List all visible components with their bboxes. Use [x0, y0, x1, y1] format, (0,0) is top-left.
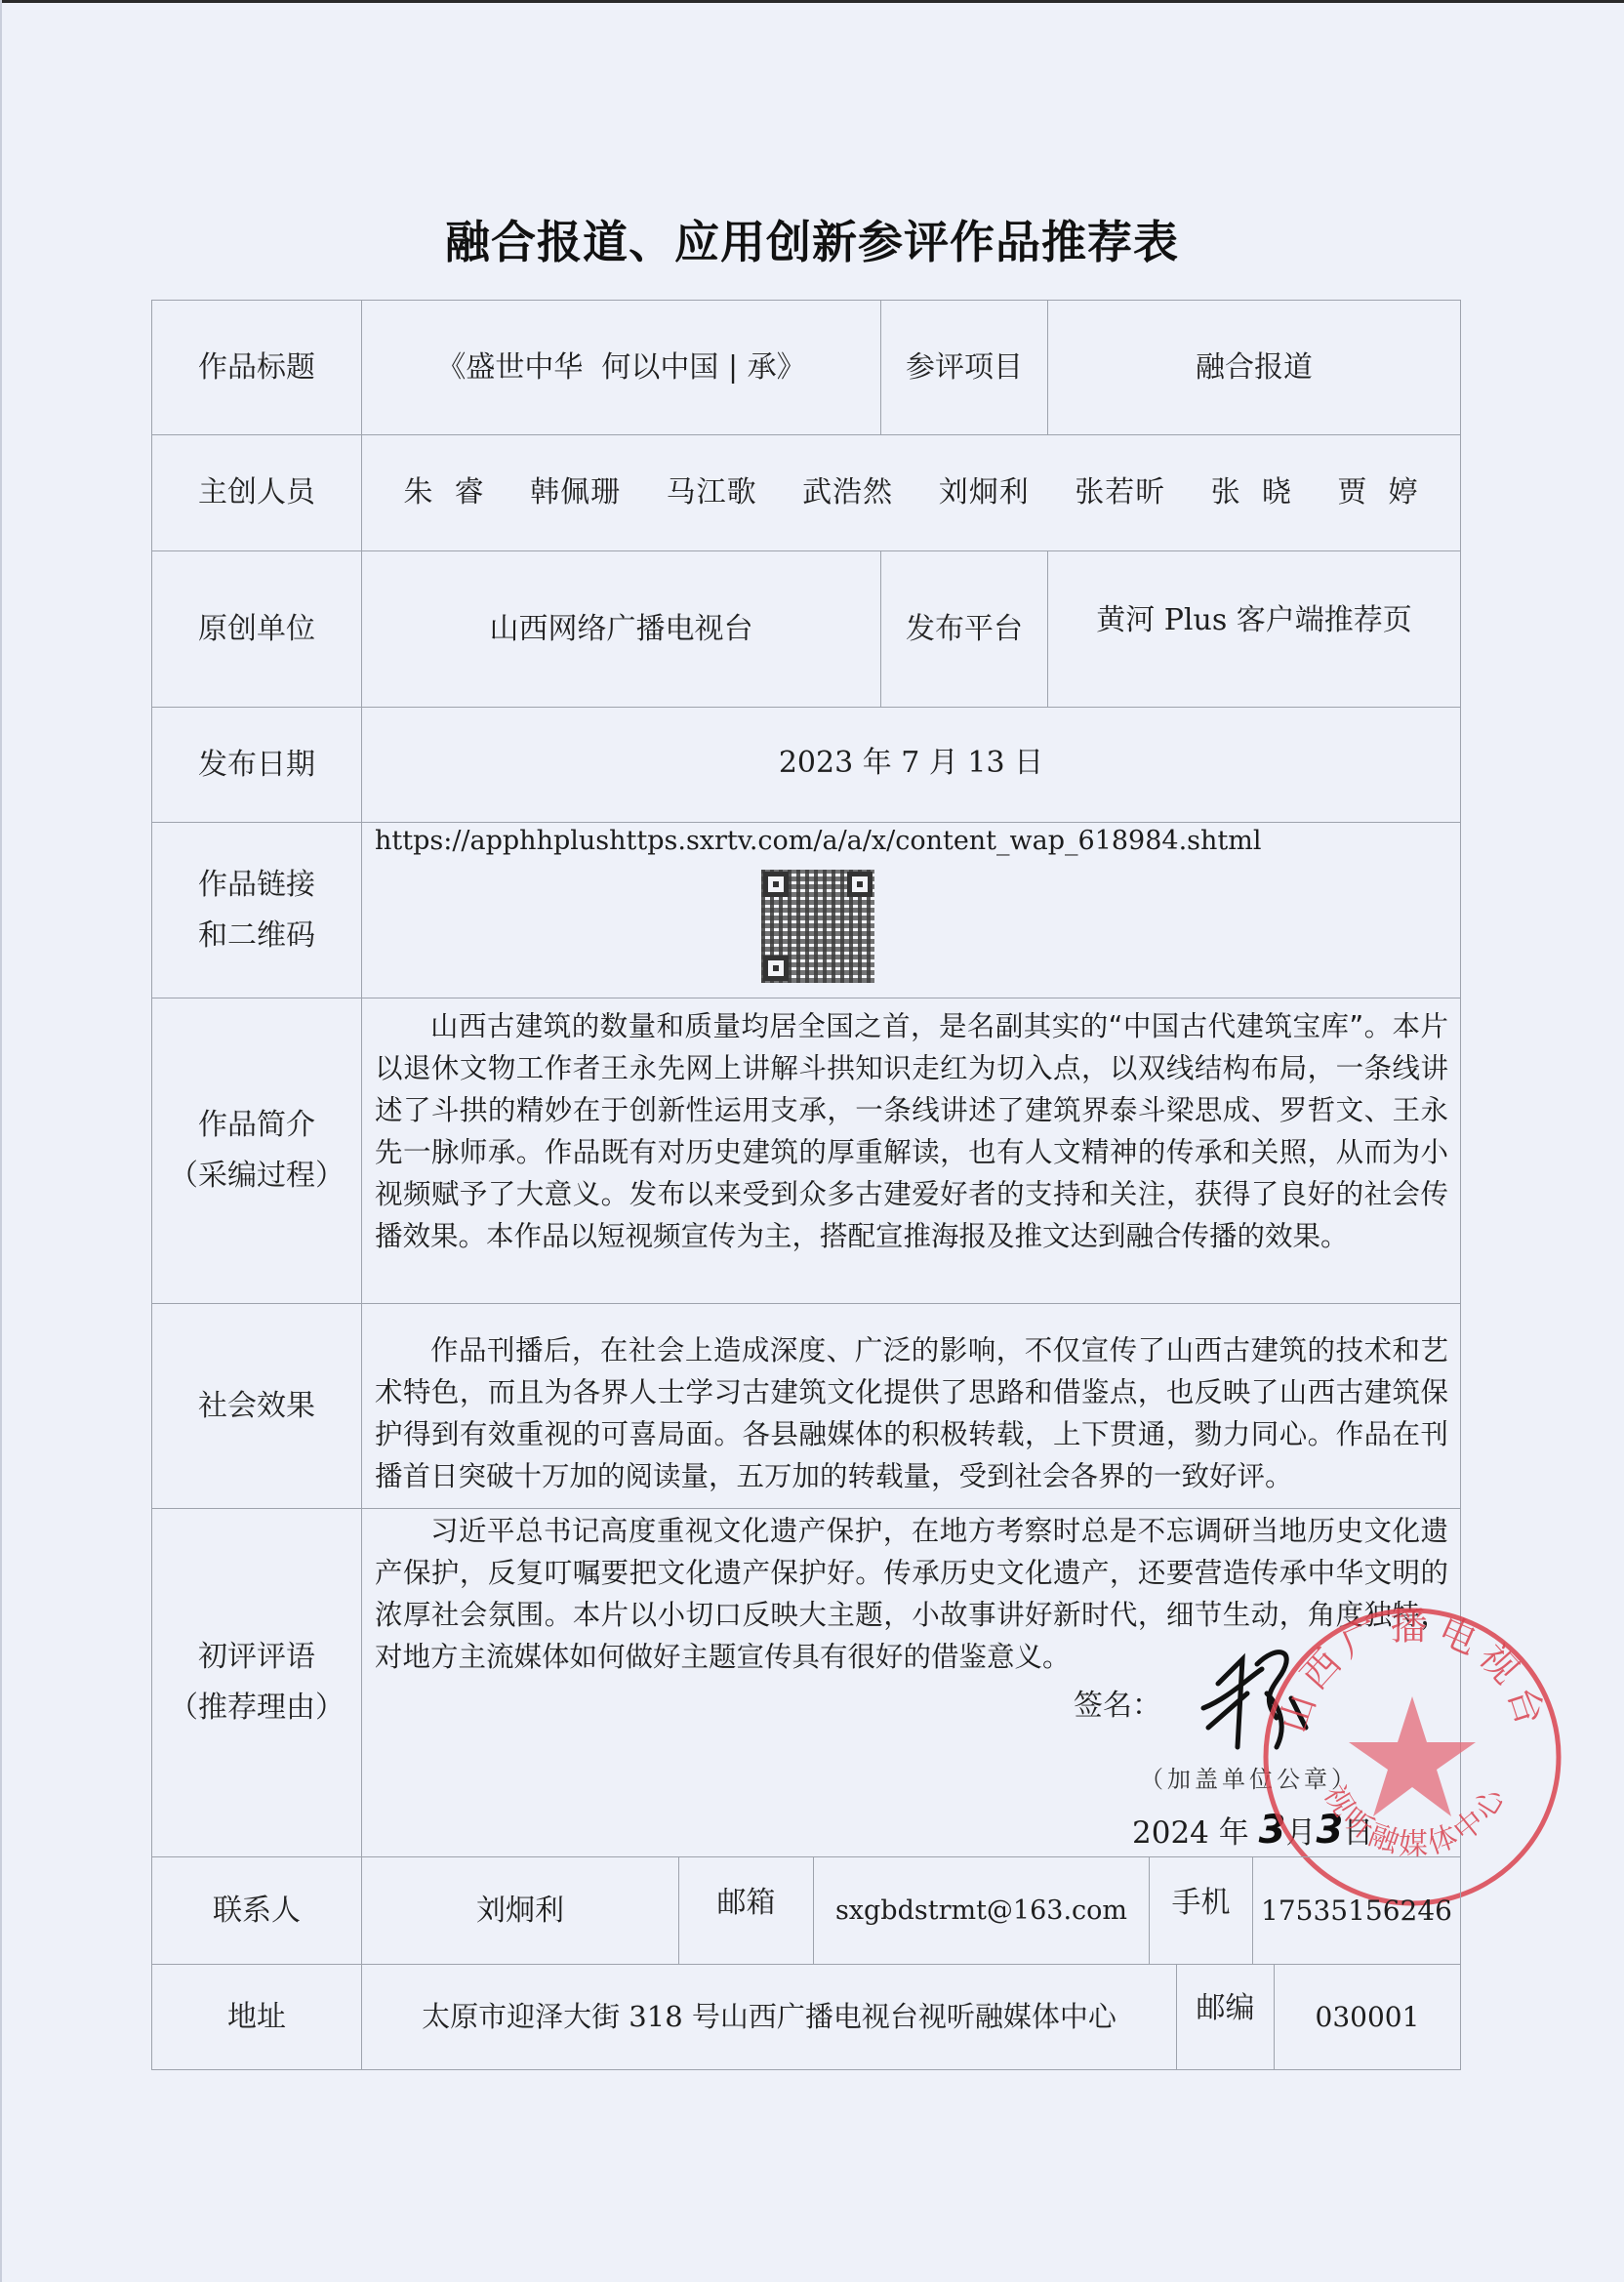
phone-label: 手机: [1149, 1856, 1253, 1965]
category-label: 参评项目: [880, 300, 1048, 435]
social-effect-label: 社会效果: [151, 1303, 362, 1509]
platform-label: 发布平台: [880, 550, 1048, 708]
creators-label: 主创人员: [151, 434, 362, 551]
creator-name: 张 晓: [1211, 472, 1292, 513]
handwritten-day: 3: [1316, 1808, 1343, 1853]
creator-name: 朱 睿: [404, 472, 485, 513]
scan-edge-left: [0, 0, 2, 2282]
platform-value: 黄河 Plus 客户端推荐页: [1047, 550, 1461, 708]
qr-finder-pattern: [763, 872, 789, 897]
signature-label: 签名：: [1074, 1681, 1161, 1724]
postcode-value: 030001: [1274, 1964, 1461, 2070]
qr-finder-pattern: [763, 956, 789, 981]
original-unit-label: 原创单位: [151, 550, 362, 708]
postcode-label: 邮编: [1176, 1964, 1275, 2070]
qr-finder-pattern: [847, 872, 873, 897]
contact-label: 联系人: [151, 1856, 362, 1965]
work-url-link[interactable]: https://apphhplushttps.sxrtv.com/a/a/x/c…: [375, 826, 1262, 856]
qr-code-icon[interactable]: [761, 870, 874, 983]
handwritten-signature: [1189, 1640, 1325, 1767]
publish-date-value: 2023 年 7 月 13 日: [361, 707, 1461, 823]
summary-text: 山西古建筑的数量和质量均居全国之首，是名副其实的“中国古代建筑宝库”。本片以退休…: [375, 1005, 1448, 1257]
review-date: 2024 年 3月3日: [1132, 1808, 1373, 1853]
summary-label: 作品简介 （采编过程）: [151, 998, 362, 1304]
seal-note: （加盖单位公章）: [1140, 1760, 1359, 1794]
creator-name: 贾 婷: [1337, 472, 1418, 513]
handwritten-month: 3: [1259, 1808, 1286, 1853]
original-unit-value: 山西网络广播电视台: [361, 550, 881, 708]
scan-edge: [0, 0, 1624, 3]
work-title-label: 作品标题: [151, 300, 362, 435]
work-title-value: 《盛世中华 何以中国 | 承》: [361, 300, 881, 435]
phone-value[interactable]: 17535156246: [1252, 1856, 1461, 1965]
link-label: 作品链接 和二维码: [151, 822, 362, 998]
email-value[interactable]: sxgbdstrmt@163.com: [813, 1856, 1150, 1965]
address-value: 太原市迎泽大街 318 号山西广播电视台视听融媒体中心: [361, 1964, 1177, 2070]
creator-name: 武浩然: [802, 472, 893, 513]
creator-name: 刘炯利: [939, 472, 1030, 513]
category-value: 融合报道: [1047, 300, 1461, 435]
social-effect-text: 作品刊播后，在社会上造成深度、广泛的影响，不仅宣传了山西古建筑的技术和艺术特色，…: [375, 1329, 1448, 1497]
creator-name: 韩佩珊: [530, 472, 621, 513]
creator-name: 张若昕: [1075, 472, 1165, 513]
page-title: 融合报道、应用创新参评作品推荐表: [0, 207, 1624, 271]
creator-name: 马江歌: [667, 472, 757, 513]
publish-date-label: 发布日期: [151, 707, 362, 823]
address-label: 地址: [151, 1964, 362, 2070]
contact-name: 刘炯利: [361, 1856, 679, 1965]
creators-value: 朱 睿 韩佩珊 马江歌 武浩然 刘炯利 张若昕 张 晓 贾 婷: [361, 434, 1461, 551]
review-label: 初评评语 （推荐理由）: [151, 1508, 362, 1857]
creators-list: 朱 睿 韩佩珊 马江歌 武浩然 刘炯利 张若昕 张 晓 贾 婷: [404, 472, 1419, 513]
email-label: 邮箱: [678, 1856, 814, 1965]
